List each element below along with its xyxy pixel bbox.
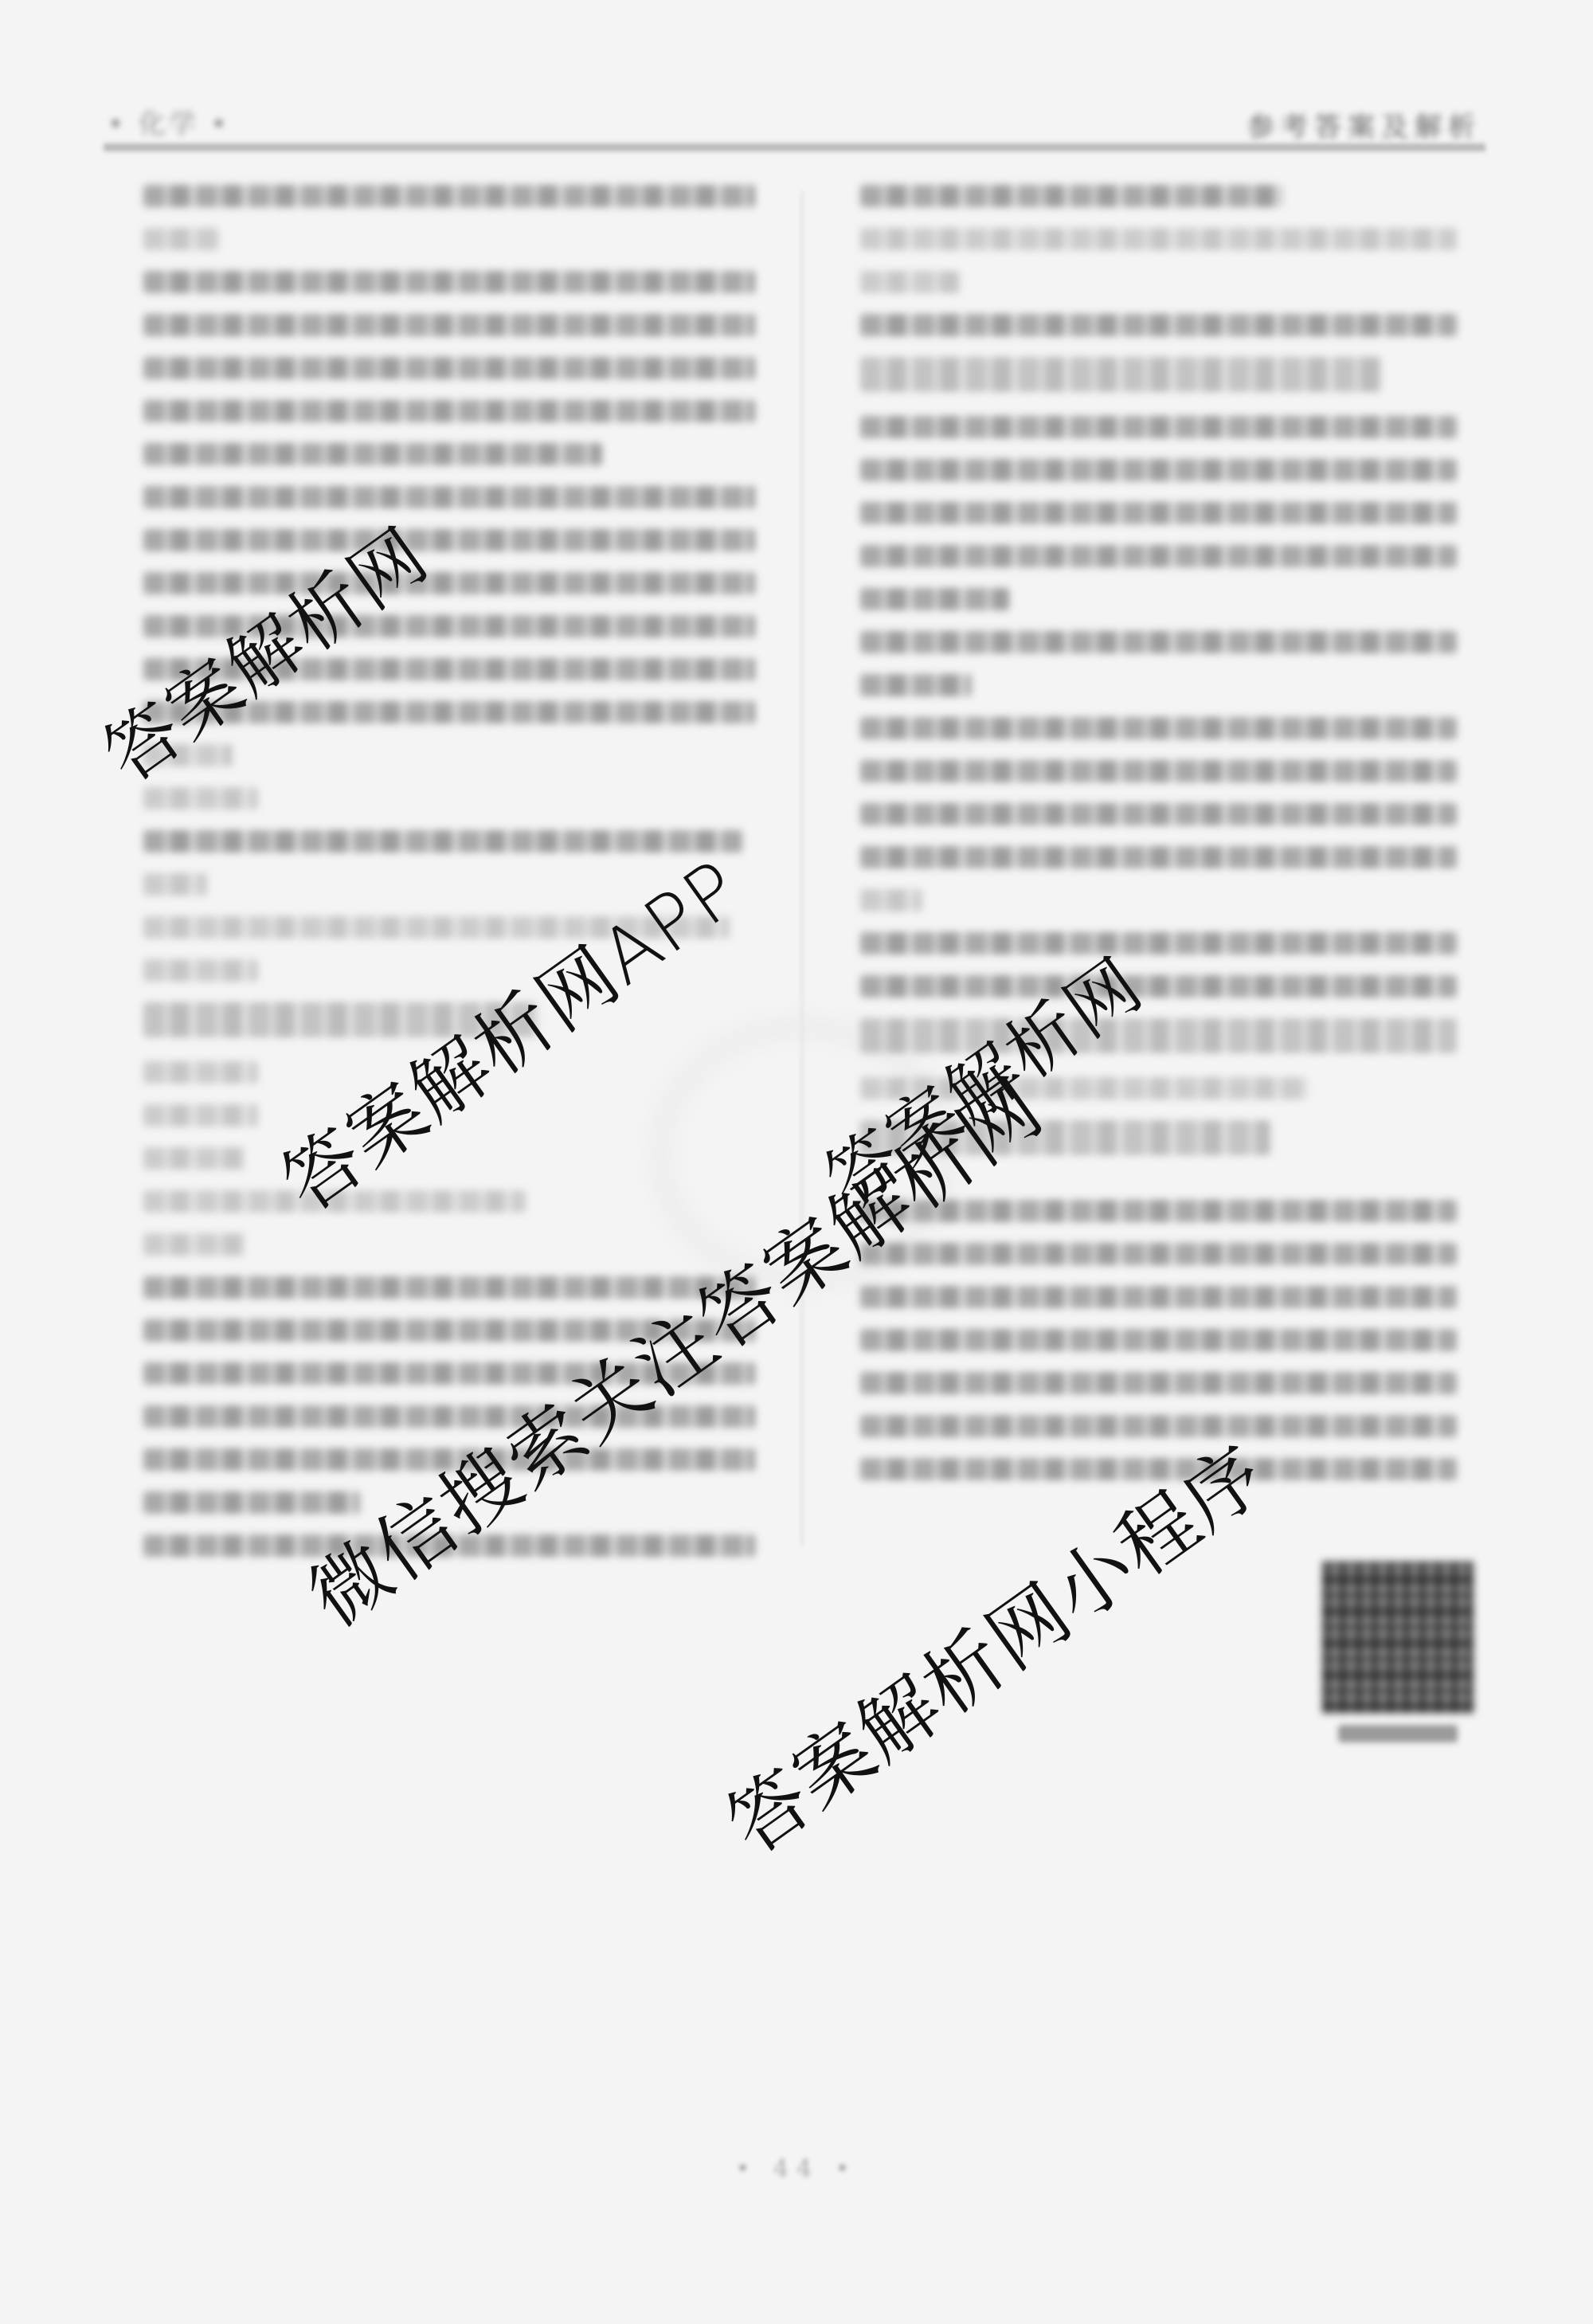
header-section-title: 参考答案及解析 bbox=[1247, 105, 1481, 144]
column-divider bbox=[800, 191, 804, 1546]
header-subject: • 化学 • bbox=[108, 102, 230, 141]
header-divider bbox=[104, 143, 1485, 151]
qr-caption: 扫码看解析 bbox=[1338, 1725, 1458, 1742]
right-column-text bbox=[860, 185, 1481, 1501]
qr-code bbox=[1322, 1562, 1474, 1713]
page-number: • 44 • bbox=[0, 2155, 1593, 2183]
document-page: • 化学 • 参考答案及解析 bbox=[0, 0, 1593, 2324]
